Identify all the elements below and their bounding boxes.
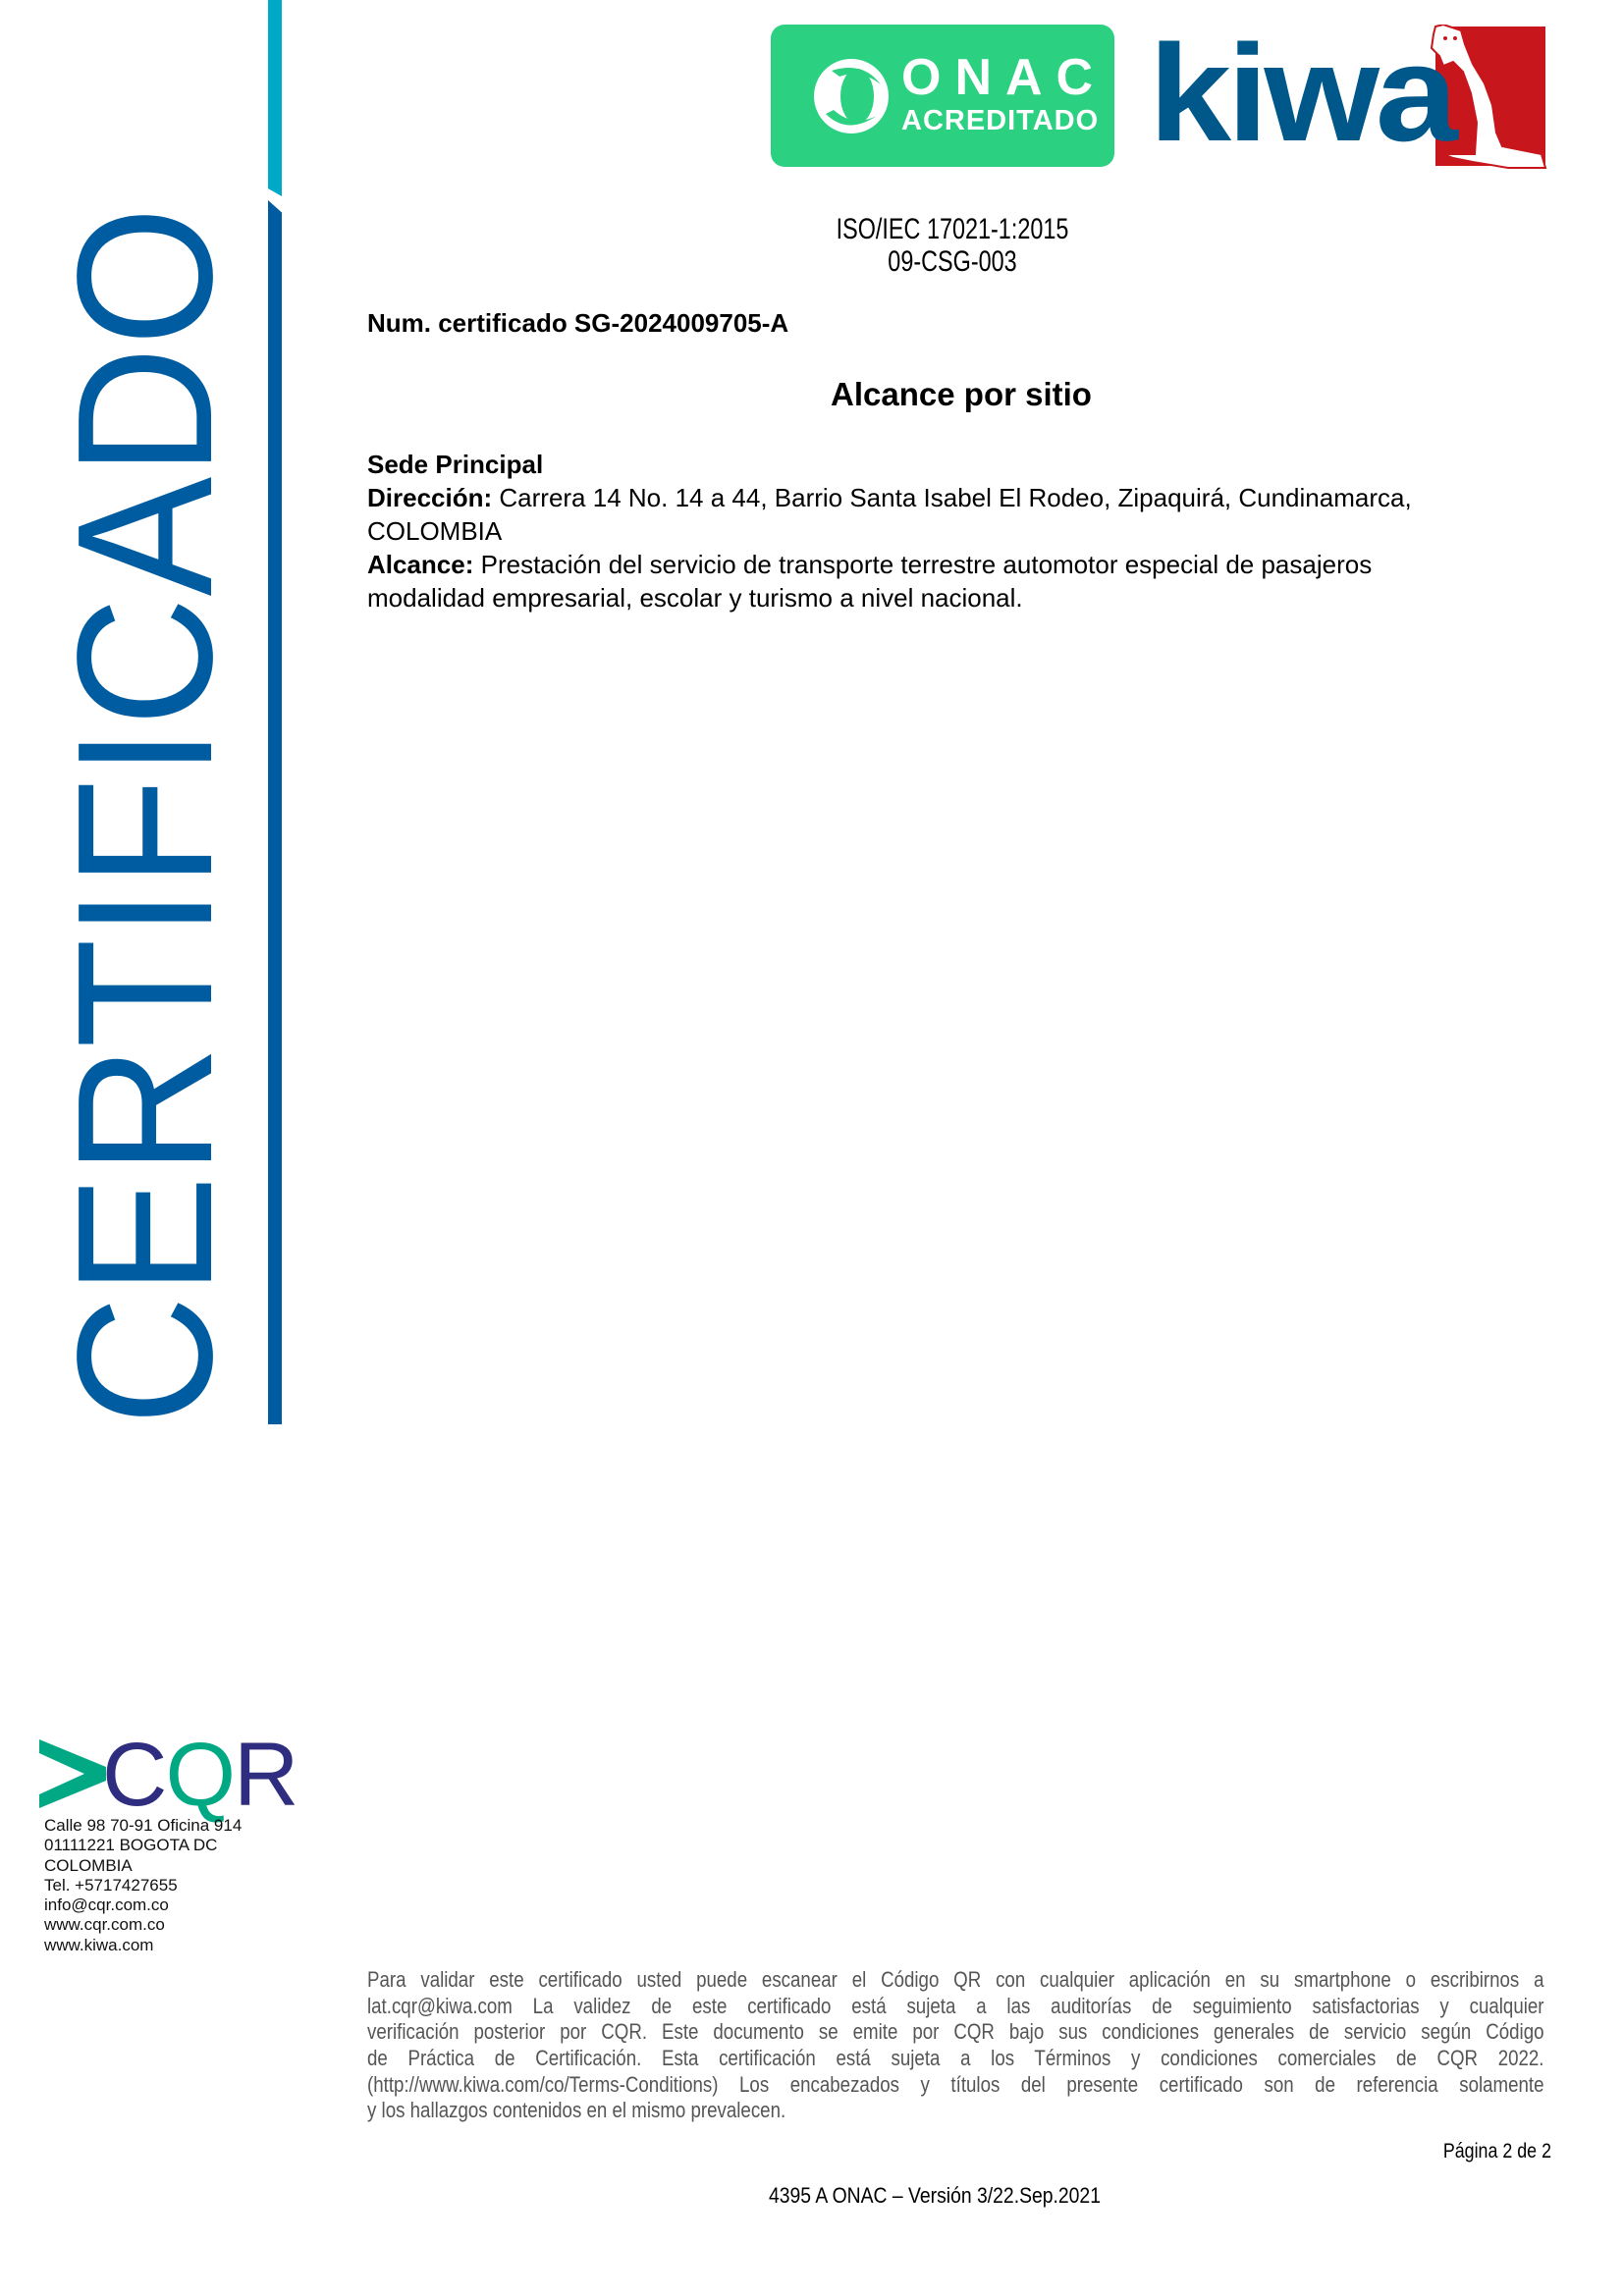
cqr-website-link[interactable]: www.cqr.com.co bbox=[44, 1915, 242, 1935]
scope-label: Alcance: bbox=[367, 550, 473, 579]
accreditation-code: 09-CSG-003 bbox=[791, 245, 1113, 278]
site-scope-block: Sede Principal Dirección: Carrera 14 No.… bbox=[367, 448, 1560, 614]
document-version: 4395 A ONAC – Versión 3/22.Sep.2021 bbox=[769, 2183, 1101, 2209]
onac-ring-icon bbox=[812, 57, 891, 135]
standard-text: ISO/IEC 17021-1:2015 bbox=[791, 213, 1113, 245]
disclaimer-line: verificación posterior por CQR. Este doc… bbox=[367, 2019, 1544, 2046]
disclaimer-line: de Práctica de Certificación. Esta certi… bbox=[367, 2046, 1544, 2072]
page-number: Página 2 de 2 bbox=[1384, 2140, 1551, 2163]
kiwa-website-link[interactable]: www.kiwa.com bbox=[44, 1936, 242, 1955]
onac-title: ONAC bbox=[901, 52, 1107, 103]
onac-subtitle: ACREDITADO bbox=[901, 105, 1099, 136]
disclaimer-line: y los hallazgos contenidos en el mismo p… bbox=[367, 2098, 1544, 2124]
section-title: Alcance por sitio bbox=[367, 376, 1555, 413]
address-line: 01111221 BOGOTA DC bbox=[44, 1836, 242, 1855]
disclaimer-line: lat.cqr@kiwa.com La validez de este cert… bbox=[367, 1994, 1544, 2020]
address-line: Calle 98 70-91 Oficina 914 bbox=[44, 1816, 242, 1836]
accent-bar-main bbox=[268, 200, 282, 1424]
accreditation-standard: ISO/IEC 17021-1:2015 09-CSG-003 bbox=[791, 213, 1113, 278]
phone: Tel. +5717427655 bbox=[44, 1876, 242, 1896]
scope-value-line1: Prestación del servicio de transporte te… bbox=[481, 550, 1373, 579]
email-link[interactable]: info@cqr.com.co bbox=[44, 1896, 242, 1915]
disclaimer-line: Para validar este certificado usted pued… bbox=[367, 1967, 1544, 1994]
address-value-line2: COLOMBIA bbox=[367, 516, 502, 546]
validation-disclaimer: Para validar este certificado usted pued… bbox=[367, 1967, 1543, 2124]
vertical-certificado-title: CERTIFICADO bbox=[94, 114, 232, 1425]
onac-accredited-logo: ONAC ACREDITADO bbox=[771, 25, 1114, 167]
accent-bar-top bbox=[268, 0, 282, 196]
scope-value-line2: modalidad empresarial, escolar y turismo… bbox=[367, 583, 1023, 613]
cqr-arrow-icon bbox=[39, 1739, 106, 1808]
address-value-line1: Carrera 14 No. 14 a 44, Barrio Santa Isa… bbox=[499, 483, 1411, 512]
certificate-number: Num. certificado SG-2024009705-A bbox=[367, 308, 788, 338]
kiwa-wordmark: kiwa bbox=[1149, 20, 1454, 167]
site-name: Sede Principal bbox=[367, 450, 543, 479]
address-line: COLOMBIA bbox=[44, 1856, 242, 1876]
cqr-logo: CQR bbox=[102, 1726, 297, 1824]
disclaimer-line: (http://www.kiwa.com/co/Terms-Conditions… bbox=[367, 2072, 1544, 2099]
address-label: Dirección: bbox=[367, 483, 492, 512]
cqr-contact-address: Calle 98 70-91 Oficina 914 01111221 BOGO… bbox=[44, 1816, 242, 1955]
